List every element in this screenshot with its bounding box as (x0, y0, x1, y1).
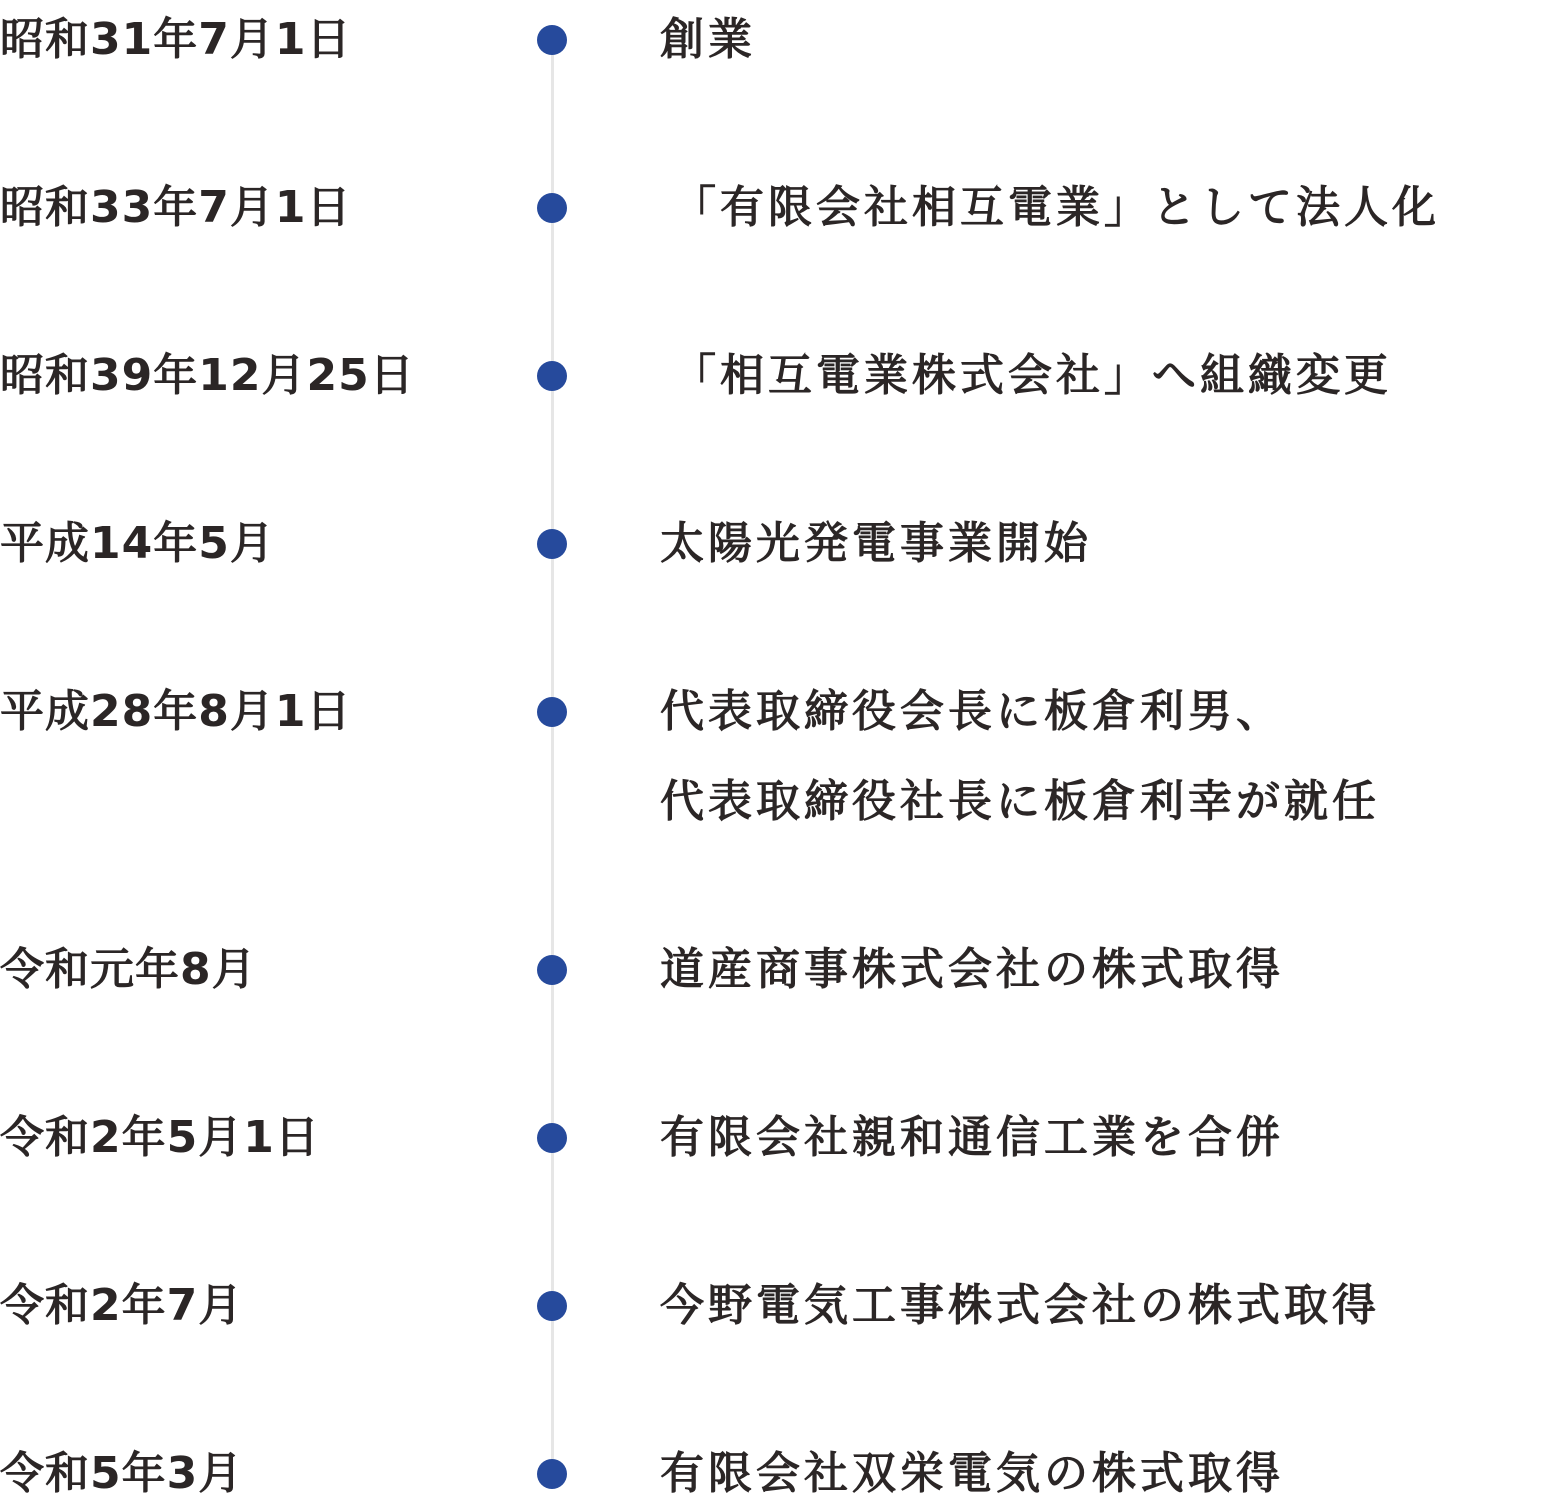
entry-date: 令和5年3月 (0, 1446, 243, 1502)
timeline-dot-icon (537, 955, 567, 985)
entry-text: 有限会社親和通信工業を合併 (660, 1093, 1284, 1183)
entry-text: 「有限会社相互電業」として法人化 (672, 163, 1440, 253)
entry-date: 平成14年5月 (0, 516, 275, 572)
company-history-timeline: 昭和31年7月1日 創業 昭和33年7月1日 「有限会社相互電業」として法人化 … (0, 0, 1566, 1512)
entry-text: 「相互電業株式会社」へ組織変更 (672, 331, 1392, 421)
entry-description: 道産商事株式会社の株式取得 (660, 925, 1284, 1015)
entry-text: 今野電気工事株式会社の株式取得 (660, 1261, 1380, 1351)
timeline-dot-icon (537, 193, 567, 223)
entry-text: 代表取締役会長に板倉利男、 (660, 667, 1380, 757)
entry-description: 「相互電業株式会社」へ組織変更 (672, 331, 1392, 421)
entry-description: 有限会社親和通信工業を合併 (660, 1093, 1284, 1183)
entry-date: 昭和31年7月1日 (0, 12, 351, 68)
entry-description: 今野電気工事株式会社の株式取得 (660, 1261, 1380, 1351)
entry-date: 令和2年7月 (0, 1278, 243, 1334)
entry-text: 代表取締役社長に板倉利幸が就任 (660, 757, 1380, 847)
entry-description: 創業 (660, 0, 756, 85)
entry-date: 昭和39年12月25日 (0, 348, 415, 404)
entry-date: 令和元年8月 (0, 942, 257, 998)
timeline-dot-icon (537, 361, 567, 391)
entry-date: 令和2年5月1日 (0, 1110, 320, 1166)
entry-description: 太陽光発電事業開始 (660, 499, 1092, 589)
timeline-dot-icon (537, 1291, 567, 1321)
timeline-dot-icon (537, 1123, 567, 1153)
entry-description: 「有限会社相互電業」として法人化 (672, 163, 1440, 253)
timeline-axis-line (551, 40, 554, 1474)
entry-date: 平成28年8月1日 (0, 684, 351, 740)
entry-description: 代表取締役会長に板倉利男、 代表取締役社長に板倉利幸が就任 (660, 667, 1380, 847)
timeline-dot-icon (537, 1459, 567, 1489)
entry-text: 有限会社双栄電気の株式取得 (660, 1429, 1284, 1512)
entry-text: 創業 (660, 0, 756, 85)
entry-text: 太陽光発電事業開始 (660, 499, 1092, 589)
entry-text: 道産商事株式会社の株式取得 (660, 925, 1284, 1015)
entry-date: 昭和33年7月1日 (0, 180, 351, 236)
timeline-dot-icon (537, 529, 567, 559)
timeline-dot-icon (537, 697, 567, 727)
entry-description: 有限会社双栄電気の株式取得 (660, 1429, 1284, 1512)
timeline-dot-icon (537, 25, 567, 55)
